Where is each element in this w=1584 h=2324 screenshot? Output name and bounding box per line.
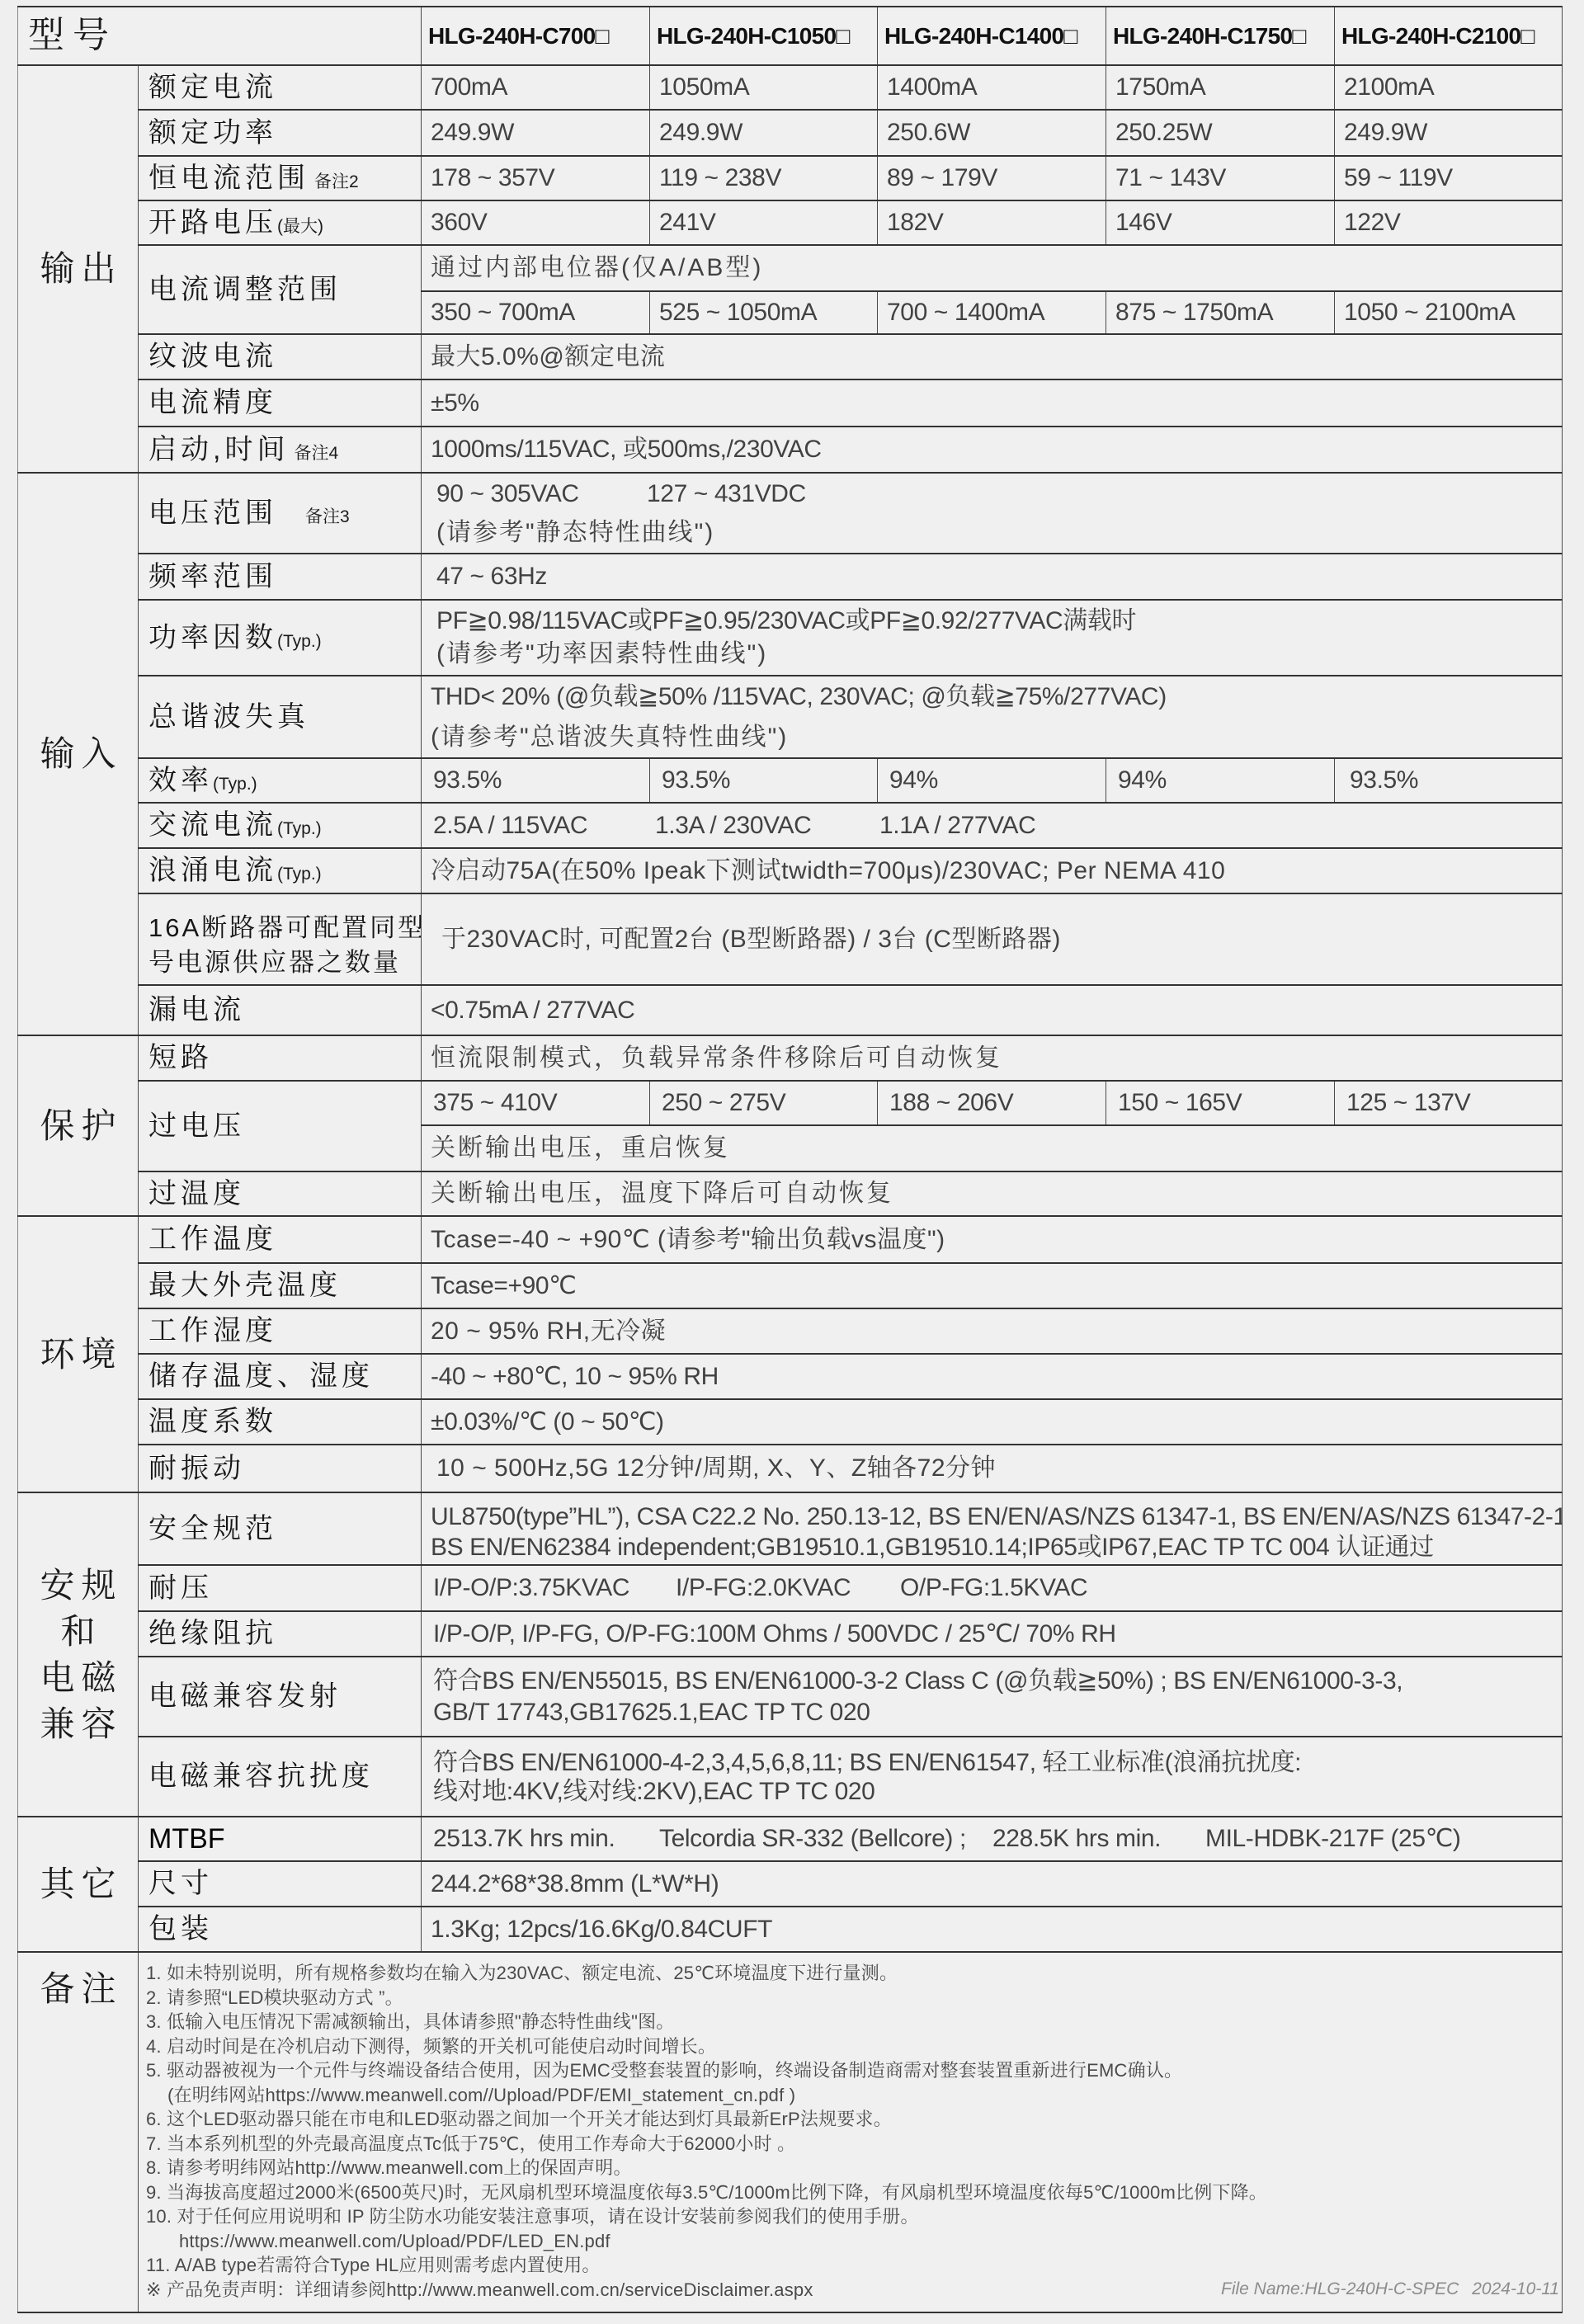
section-label-line: 安规 [25, 1563, 138, 1609]
label-text: 浪涌电流 [148, 855, 277, 886]
row-short-circuit: 保护 短路 恒流限制模式，负载异常条件移除后可自动恢复 [18, 1035, 1563, 1081]
value-cell: 1.3Kg; 12pcs/16.6Kg/0.84CUFT [422, 1907, 1563, 1952]
value-segment: 228.5K hrs min. [992, 1824, 1205, 1854]
value-cell: 93.5% [422, 758, 650, 803]
value-cell: 94% [1106, 758, 1335, 803]
row-max-case-temp: 最大外壳温度 Tcase=+90℃ [18, 1263, 1563, 1308]
label-line: 16A断路器可配置同型 [148, 911, 421, 945]
value-cell: 244.2*68*38.8mm (L*W*H) [422, 1861, 1563, 1907]
value-cell: 350 ~ 700mA [422, 291, 650, 334]
row-efficiency: 效率(Typ.) 93.5% 93.5% 94% 94% 93.5% [18, 758, 1563, 803]
row-label: 电流调整范围 [139, 245, 422, 334]
value-cell: 关断输出电压，温度下降后可自动恢复 [422, 1171, 1563, 1216]
value-cell: 93.5% [1335, 758, 1563, 803]
row-storage: 储存温度、湿度 -40 ~ +80℃, 10 ~ 95% RH [18, 1354, 1563, 1399]
file-date: 2024-10-11 [1472, 2279, 1559, 2298]
row-label: 温度系数 [139, 1399, 422, 1445]
value-cell: 250 ~ 275V [650, 1081, 878, 1125]
label-note: (Typ.) [277, 819, 322, 838]
row-label: 过温度 [139, 1171, 422, 1216]
value-line: 符合BS EN/EN61000-4-2,3,4,5,6,8,11; BS EN/… [433, 1748, 1562, 1777]
note-item: 6. 这个LED驱动器只能在市电和LED驱动器之间加一个开关才能达到灯具最新Er… [146, 2107, 1562, 2132]
row-withstand-voltage: 耐压 I/P-O/P:3.75KVACI/P-FG:2.0KVACO/P-FG:… [18, 1565, 1563, 1611]
row-label: 浪涌电流(Typ.) [139, 848, 422, 893]
section-label-line: 电磁 [25, 1655, 138, 1701]
row-label: 总谐波失真 [139, 676, 422, 758]
value-cell: 符合BS EN/EN55015, BS EN/EN61000-3-2 Class… [422, 1657, 1563, 1737]
value-line: UL8750(type”HL”), CSA C22.2 No. 250.13-1… [431, 1501, 1562, 1532]
note-item: 2. 请参照“LED模块驱动方式 ”。 [146, 1986, 1562, 2011]
note-item: 3. 低输入电压情况下需减额输出，具体请参照"静态特性曲线"图。 [146, 2010, 1562, 2034]
row-working-humidity: 工作湿度 20 ~ 95% RH,无冷凝 [18, 1308, 1563, 1354]
value-cell: 2.5A / 115VAC1.3A / 230VAC1.1A / 277VAC [422, 803, 1563, 848]
row-frequency-range: 频率范围 47 ~ 63Hz [18, 554, 1563, 600]
model-name: HLG-240H-C1400□ [878, 7, 1106, 65]
value-cell: 375 ~ 410V [422, 1081, 650, 1125]
row-label: 额定功率 [139, 110, 422, 156]
section-label-output: 输出 [18, 65, 139, 473]
value-cell: 125 ~ 137V [1335, 1081, 1563, 1125]
note-item: 11. A/AB type若需符合Type HL应用则需考虑内置使用。 [146, 2253, 1562, 2278]
note-item: 9. 当海拔高度超过2000米(6500英尺)时，无风扇机型环境温度依每3.5℃… [146, 2180, 1562, 2205]
row-label: 纹波电流 [139, 334, 422, 379]
row-label: 绝缘阻抗 [139, 1611, 422, 1657]
value-cell: 2513.7K hrs min.Telcordia SR-332 (Bellco… [422, 1817, 1563, 1861]
label-note: 备注4 [294, 444, 338, 463]
section-label-notes: 备注 [18, 1952, 139, 2312]
row-ripple-current: 纹波电流 最大5.0%@额定电流 [18, 334, 1563, 379]
section-label-line: 兼容 [25, 1701, 138, 1747]
value-cell: 2100mA [1335, 65, 1563, 110]
value-segment: MIL-HDBK-217F (25℃) [1205, 1824, 1461, 1854]
model-name: HLG-240H-C1750□ [1106, 7, 1335, 65]
row-label: 功率因数(Typ.) [139, 600, 422, 676]
value-cell: -40 ~ +80℃, 10 ~ 95% RH [422, 1354, 1563, 1399]
row-label: 开路电压(最大) [139, 200, 422, 245]
header-row: 型号 HLG-240H-C700□ HLG-240H-C1050□ HLG-24… [18, 7, 1563, 65]
value-cell: I/P-O/P, I/P-FG, O/P-FG:100M Ohms / 500V… [422, 1611, 1563, 1657]
row-label: 储存温度、湿度 [139, 1354, 422, 1399]
label-note: (最大) [277, 217, 323, 236]
value-segment: I/P-O/P:3.75KVAC [433, 1573, 676, 1603]
value-line: 符合BS EN/EN55015, BS EN/EN61000-3-2 Class… [433, 1666, 1562, 1697]
value-cell: 875 ~ 1750mA [1106, 291, 1335, 334]
row-label: 漏电流 [139, 985, 422, 1035]
value-segment: 1.1A / 277VAC [879, 811, 1035, 841]
value-cell: 94% [878, 758, 1106, 803]
row-label: 最大外壳温度 [139, 1263, 422, 1308]
value-cell: 241V [650, 200, 878, 245]
value-line: (请参考"静态特性曲线") [436, 513, 1562, 552]
value-cell: Tcase=+90℃ [422, 1263, 1563, 1308]
section-label-environment: 环境 [18, 1216, 139, 1492]
value-segment: Telcordia SR-332 (Bellcore) ; [659, 1824, 992, 1854]
value-cell: 250.6W [878, 110, 1106, 156]
value-cell: 360V [422, 200, 650, 245]
value-cell: 47 ~ 63Hz [422, 554, 1563, 600]
value-cell: 188 ~ 206V [878, 1081, 1106, 1125]
value-line: 线对地:4KV,线对线:2KV),EAC TP TC 020 [433, 1777, 1562, 1806]
file-footer: File Name:HLG-240H-C-SPEC2024-10-11 [1221, 2279, 1559, 2299]
value-cell: Tcase=-40 ~ +90℃ (请参考"输出负载vs温度") [422, 1216, 1563, 1263]
label-line: 号电源供应器之数量 [148, 945, 421, 980]
row-emc-emission: 电磁兼容发射 符合BS EN/EN55015, BS EN/EN61000-3-… [18, 1657, 1563, 1737]
value-segment: I/P-FG:2.0KVAC [676, 1573, 900, 1603]
notes-list: 1. 如未特别说明，所有规格参数均在输入为230VAC、额定电流、25℃环境温度… [139, 1952, 1563, 2312]
value-cell: 146V [1106, 200, 1335, 245]
value-cell: 90 ~ 305VAC127 ~ 431VDC (请参考"静态特性曲线") [422, 473, 1563, 554]
value-cell: 59 ~ 119V [1335, 156, 1563, 200]
value-line: (请参考"总谐波失真特性曲线") [431, 717, 1562, 757]
value-cell: 1050mA [650, 65, 878, 110]
model-name: HLG-240H-C700□ [422, 7, 650, 65]
value-cell: 通过内部电位器(仅A/AB型) [422, 245, 1563, 291]
value-cell: 1050 ~ 2100mA [1335, 291, 1563, 334]
row-breaker-units: 16A断路器可配置同型 号电源供应器之数量 于230VAC时, 可配置2台 (B… [18, 893, 1563, 985]
note-item-continuation: (在明纬网站https://www.meanwell.com//Upload/P… [146, 2083, 1562, 2108]
section-label-others: 其它 [18, 1817, 139, 1952]
row-dimension: 尺寸 244.2*68*38.8mm (L*W*H) [18, 1861, 1563, 1907]
row-label: 尺寸 [139, 1861, 422, 1907]
row-over-voltage: 过电压 375 ~ 410V 250 ~ 275V 188 ~ 206V 150… [18, 1081, 1563, 1125]
value-line: PF≧0.98/115VAC或PF≧0.95/230VAC或PF≧0.92/27… [436, 605, 1562, 638]
value-cell: 122V [1335, 200, 1563, 245]
label-text: 功率因数 [148, 622, 277, 653]
value-cell: 10 ~ 500Hz,5G 12分钟/周期, X、Y、Z轴各72分钟 [422, 1445, 1563, 1492]
row-notes: 备注 1. 如未特别说明，所有规格参数均在输入为230VAC、额定电流、25℃环… [18, 1952, 1563, 2312]
value-line: THD< 20% (@负载≧50% /115VAC, 230VAC; @负载≧7… [431, 676, 1562, 717]
value-cell: UL8750(type”HL”), CSA C22.2 No. 250.13-1… [422, 1492, 1563, 1565]
label-text: 交流电流 [148, 809, 277, 841]
row-mtbf: 其它 MTBF 2513.7K hrs min.Telcordia SR-332… [18, 1817, 1563, 1861]
note-item: 1. 如未特别说明，所有规格参数均在输入为230VAC、额定电流、25℃环境温度… [146, 1961, 1562, 1986]
row-label: 安全规范 [139, 1492, 422, 1565]
value-cell: <0.75mA / 277VAC [422, 985, 1563, 1035]
row-isolation-resistance: 绝缘阻抗 I/P-O/P, I/P-FG, O/P-FG:100M Ohms /… [18, 1611, 1563, 1657]
label-text: 开路电压 [148, 207, 277, 238]
row-current-tolerance: 电流精度 ±5% [18, 379, 1563, 427]
value-segment: 2513.7K hrs min. [433, 1824, 659, 1854]
value-segment: 2.5A / 115VAC [433, 811, 655, 841]
value-cell: 178 ~ 357V [422, 156, 650, 200]
model-header-label: 型号 [18, 7, 422, 65]
row-label: 效率(Typ.) [139, 758, 422, 803]
section-label-input: 输入 [18, 473, 139, 1035]
value-cell: 1000ms/115VAC, 或500ms,/230VAC [422, 427, 1563, 473]
spec-table: 型号 HLG-240H-C700□ HLG-240H-C1050□ HLG-24… [17, 6, 1563, 2313]
value-cell: 冷启动75A(在50% Ipeak下测试twidth=700μs)/230VAC… [422, 848, 1563, 893]
value-cell: 249.9W [1335, 110, 1563, 156]
row-label: 电流精度 [139, 379, 422, 427]
row-power-factor: 功率因数(Typ.) PF≧0.98/115VAC或PF≧0.95/230VAC… [18, 600, 1563, 676]
note-item: 7. 当本系列机型的外壳最高温度点Tc低于75℃，使用工作寿命大于62000小时… [146, 2132, 1562, 2157]
row-inrush-current: 浪涌电流(Typ.) 冷启动75A(在50% Ipeak下测试twidth=70… [18, 848, 1563, 893]
row-setup-time: 启动,时间备注4 1000ms/115VAC, 或500ms,/230VAC [18, 427, 1563, 473]
section-label-safety-emc: 安规 和 电磁 兼容 [18, 1492, 139, 1817]
label-note: (Typ.) [277, 632, 322, 651]
value-line: GB/T 17743,GB17625.1,EAC TP TC 020 [433, 1697, 1562, 1728]
row-temp-coefficient: 温度系数 ±0.03%/℃ (0 ~ 50℃) [18, 1399, 1563, 1445]
row-label: 额定电流 [139, 65, 422, 110]
file-name: File Name:HLG-240H-C-SPEC [1221, 2279, 1459, 2298]
row-rated-current: 输出 额定电流 700mA 1050mA 1400mA 1750mA 2100m… [18, 65, 1563, 110]
row-cc-range: 恒电流范围备注2 178 ~ 357V 119 ~ 238V 89 ~ 179V… [18, 156, 1563, 200]
row-label: 恒电流范围备注2 [139, 156, 422, 200]
value-cell: 1400mA [878, 65, 1106, 110]
value-cell: 符合BS EN/EN61000-4-2,3,4,5,6,8,11; BS EN/… [422, 1737, 1563, 1817]
row-safety-standards: 安规 和 电磁 兼容 安全规范 UL8750(type”HL”), CSA C2… [18, 1492, 1563, 1565]
value-cell: THD< 20% (@负载≧50% /115VAC, 230VAC; @负载≧7… [422, 676, 1563, 758]
value-cell: 89 ~ 179V [878, 156, 1106, 200]
row-label: 电压范围备注3 [139, 473, 422, 554]
row-label: 电磁兼容发射 [139, 1657, 422, 1737]
value-cell: ±5% [422, 379, 1563, 427]
value-cell: 93.5% [650, 758, 878, 803]
row-current-adj-range: 电流调整范围 通过内部电位器(仅A/AB型) [18, 245, 1563, 291]
label-note: (Typ.) [213, 775, 257, 794]
value-cell: 250.25W [1106, 110, 1335, 156]
row-label: 启动,时间备注4 [139, 427, 422, 473]
row-emc-immunity: 电磁兼容抗扰度 符合BS EN/EN61000-4-2,3,4,5,6,8,11… [18, 1737, 1563, 1817]
row-vibration: 耐振动 10 ~ 500Hz,5G 12分钟/周期, X、Y、Z轴各72分钟 [18, 1445, 1563, 1492]
label-text: 启动,时间 [148, 434, 289, 465]
note-item: 4. 启动时间是在冷机启动下测得，频繁的开关机可能使启动时间增长。 [146, 2034, 1562, 2059]
row-label: 工作湿度 [139, 1308, 422, 1354]
value-cell: 恒流限制模式，负载异常条件移除后可自动恢复 [422, 1035, 1563, 1081]
row-label: 短路 [139, 1035, 422, 1081]
row-thd: 总谐波失真 THD< 20% (@负载≧50% /115VAC, 230VAC;… [18, 676, 1563, 758]
section-label-protection: 保护 [18, 1035, 139, 1216]
value-cell: 71 ~ 143V [1106, 156, 1335, 200]
value-cell: 700mA [422, 65, 650, 110]
value-cell: 最大5.0%@额定电流 [422, 334, 1563, 379]
model-name: HLG-240H-C1050□ [650, 7, 878, 65]
row-label: 包装 [139, 1907, 422, 1952]
row-label: 工作温度 [139, 1216, 422, 1263]
row-label: 交流电流(Typ.) [139, 803, 422, 848]
row-label: 16A断路器可配置同型 号电源供应器之数量 [139, 893, 422, 985]
note-item: 8. 请参考明纬网站http://www.meanwell.com上的保固声明。 [146, 2156, 1562, 2180]
value-line: 90 ~ 305VAC127 ~ 431VDC [436, 474, 1562, 513]
value-segment: 127 ~ 431VDC [647, 474, 806, 513]
row-working-temp: 环境 工作温度 Tcase=-40 ~ +90℃ (请参考"输出负载vs温度") [18, 1216, 1563, 1263]
row-over-temperature: 过温度 关断输出电压，温度下降后可自动恢复 [18, 1171, 1563, 1216]
value-segment: O/P-FG:1.5KVAC [900, 1573, 1087, 1603]
section-label-line: 和 [25, 1609, 138, 1655]
value-line: BS EN/EN62384 independent;GB19510.1,GB19… [431, 1532, 1562, 1563]
value-cell: 1750mA [1106, 65, 1335, 110]
value-segment: 90 ~ 305VAC [436, 474, 647, 513]
value-cell: PF≧0.98/115VAC或PF≧0.95/230VAC或PF≧0.92/27… [422, 600, 1563, 676]
row-leakage-current: 漏电流 <0.75mA / 277VAC [18, 985, 1563, 1035]
row-rated-power: 额定功率 249.9W 249.9W 250.6W 250.25W 249.9W [18, 110, 1563, 156]
row-label: 耐压 [139, 1565, 422, 1611]
label-text: 效率 [148, 765, 213, 796]
value-cell: I/P-O/P:3.75KVACI/P-FG:2.0KVACO/P-FG:1.5… [422, 1565, 1563, 1611]
value-cell: 20 ~ 95% RH,无冷凝 [422, 1308, 1563, 1354]
value-cell: 150 ~ 165V [1106, 1081, 1335, 1125]
row-voltage-range: 输入 电压范围备注3 90 ~ 305VAC127 ~ 431VDC (请参考"… [18, 473, 1563, 554]
value-cell: 119 ~ 238V [650, 156, 878, 200]
value-cell: 于230VAC时, 可配置2台 (B型断路器) / 3台 (C型断路器) [422, 893, 1563, 985]
value-line: (请参考"功率因素特性曲线") [436, 638, 1562, 671]
row-label: MTBF [139, 1817, 422, 1861]
value-cell: 249.9W [650, 110, 878, 156]
row-label: 频率范围 [139, 554, 422, 600]
value-cell: 525 ~ 1050mA [650, 291, 878, 334]
value-segment: 1.3A / 230VAC [655, 811, 879, 841]
value-cell: 关断输出电压，重启恢复 [422, 1125, 1563, 1171]
row-label: 电磁兼容抗扰度 [139, 1737, 422, 1817]
model-name: HLG-240H-C2100□ [1335, 7, 1563, 65]
row-label: 过电压 [139, 1081, 422, 1171]
row-label: 耐振动 [139, 1445, 422, 1492]
value-cell: 182V [878, 200, 1106, 245]
value-cell: ±0.03%/℃ (0 ~ 50℃) [422, 1399, 1563, 1445]
label-note: 备注3 [305, 507, 350, 526]
label-text: 电压范围 [148, 497, 277, 529]
value-cell: 700 ~ 1400mA [878, 291, 1106, 334]
label-note: 备注2 [314, 172, 359, 191]
label-text: 恒电流范围 [148, 163, 309, 194]
row-ac-current: 交流电流(Typ.) 2.5A / 115VAC1.3A / 230VAC1.1… [18, 803, 1563, 848]
row-packing: 包装 1.3Kg; 12pcs/16.6Kg/0.84CUFT [18, 1907, 1563, 1952]
value-cell: 249.9W [422, 110, 650, 156]
note-item-continuation: https://www.meanwell.com/Upload/PDF/LED_… [146, 2229, 1562, 2254]
label-note: (Typ.) [277, 865, 322, 884]
row-open-circuit-voltage: 开路电压(最大) 360V 241V 182V 146V 122V [18, 200, 1563, 245]
note-item: 10. 对于任何应用说明和 IP 防尘防水功能安装注意事项，请在设计安装前参阅我… [146, 2204, 1562, 2229]
note-item: 5. 驱动器被视为一个元件与终端设备结合使用，因为EMC受整套装置的影响，终端设… [146, 2058, 1562, 2083]
